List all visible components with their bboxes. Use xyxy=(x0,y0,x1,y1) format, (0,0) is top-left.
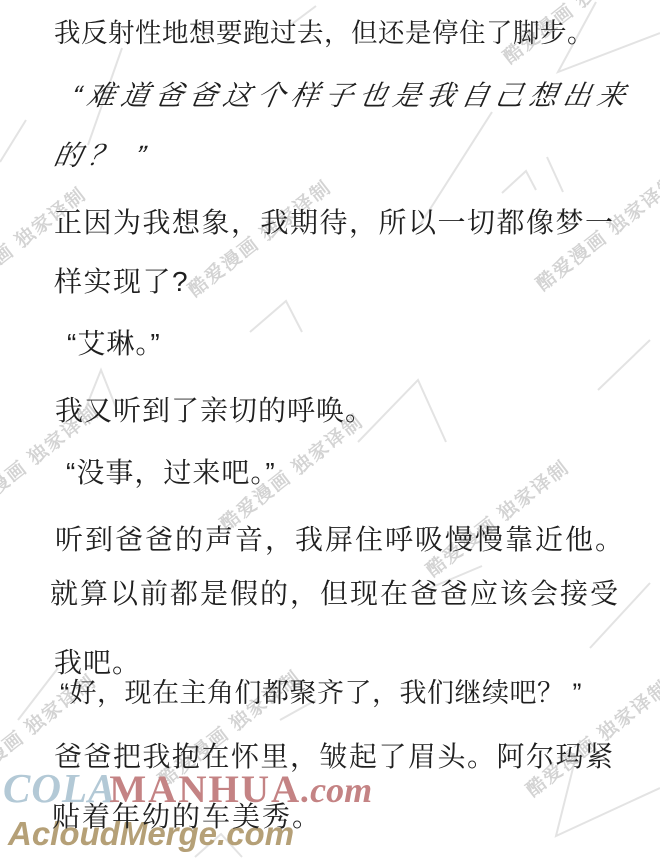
paragraph-line: 样实现了? xyxy=(54,267,189,296)
paragraph-line: 听到爸爸的声音，我屏住呼吸慢慢靠近他。 xyxy=(55,525,625,554)
paragraph-text-layer: 我反射性地想要跑过去，但还是停住了脚步。“难道爸爸这个样子也是我自己想出来的？ … xyxy=(0,0,660,858)
paragraph-line: “好，现在主角们都聚齐了，我们继续吧？ ” xyxy=(60,679,582,707)
paragraph-line: 的？ ” xyxy=(51,141,153,170)
paragraph-line: 就算以前都是假的，但现在爸爸应该会接受 xyxy=(50,579,620,608)
paragraph-line: “艾琳。” xyxy=(67,329,161,358)
paragraph-line: 贴着年幼的车美秀。 xyxy=(52,802,322,831)
paragraph-line: 我反射性地想要跑过去，但还是停住了脚步。 xyxy=(54,20,594,48)
paragraph-line: 我吧。 xyxy=(54,648,141,677)
paragraph-line: 正因为我想象，我期待，所以一切都像梦一 xyxy=(54,208,615,237)
paragraph-line: “没事，过来吧。” xyxy=(66,458,276,487)
novel-text-page: 酷爱漫画 独家译制酷爱漫画 独家译制酷爱漫画 独家译制酷爱漫画 独家译制酷爱漫画… xyxy=(0,0,660,858)
paragraph-line: “难道爸爸这个样子也是我自己想出来 xyxy=(69,81,634,110)
paragraph-line: 爸爸把我抱在怀里，皱起了眉头。阿尔玛紧 xyxy=(54,742,615,771)
paragraph-line: 我又听到了亲切的呼唤。 xyxy=(55,396,374,425)
